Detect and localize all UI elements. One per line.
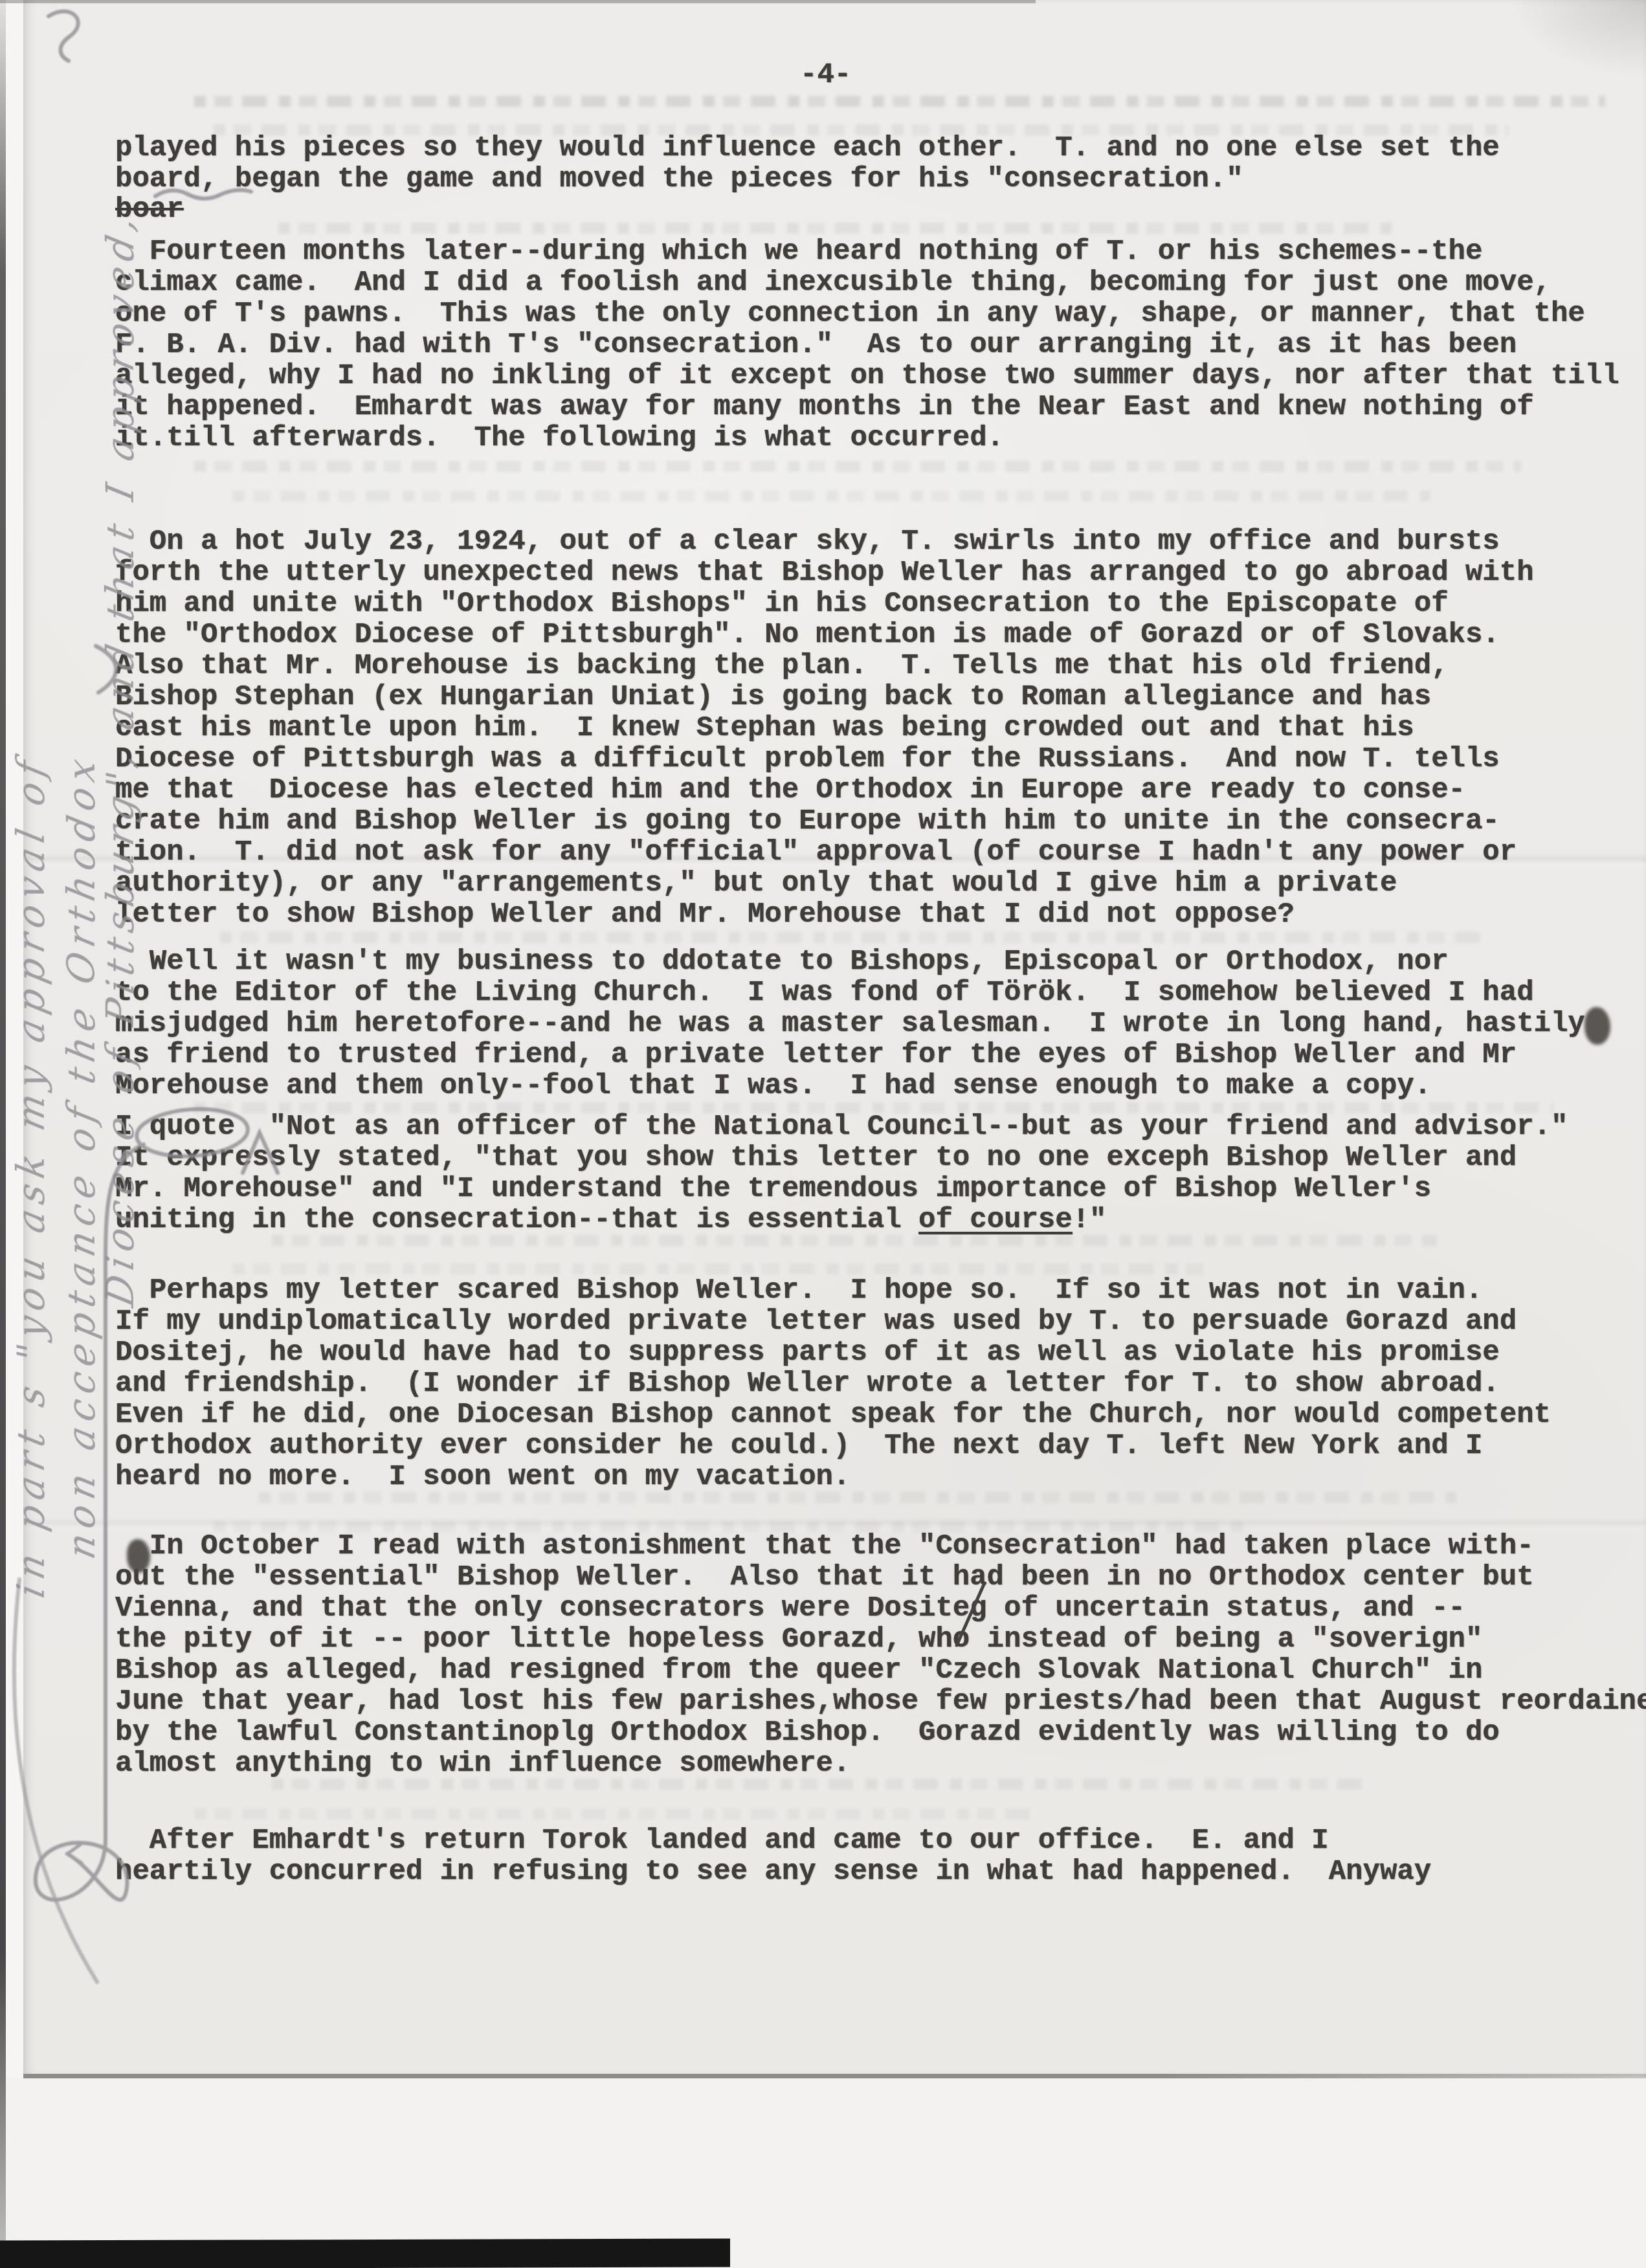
scan-top-edge: [0, 0, 1036, 3]
quote-line4-post: !": [1073, 1204, 1107, 1236]
margin-note-line-2: non acceptance of the Orthodox: [60, 749, 104, 1563]
ghost-print-line: [278, 223, 1392, 234]
ghost-print-line: [194, 96, 1605, 107]
typed-quote-line-4: uniting in the consecration--that is ess…: [115, 1205, 1106, 1236]
typed-quote-line-1: I quote "Not as an officer of the Nation…: [115, 1111, 1568, 1142]
ghost-print-line: [272, 1779, 1372, 1790]
margin-note-line-1: in part s "you ask my approval of: [9, 751, 53, 1602]
scanned-document-page: -4- played his pieces so they would infl…: [0, 0, 1646, 2268]
ink-blot-hastily: [1585, 1007, 1610, 1045]
quote-line4-pre: uniting in the consecration--that is ess…: [115, 1204, 918, 1236]
ghost-print-line: [233, 1263, 1204, 1274]
typed-paragraph-3: On a hot July 23, 1924, out of a clear s…: [115, 526, 1534, 930]
page-number: -4-: [800, 60, 851, 91]
ghost-print-line: [259, 1492, 1456, 1503]
typed-paragraph-2: Fourteen months later--during which we h…: [115, 236, 1619, 454]
sheet-bottom-edge: [23, 2074, 1646, 2078]
scan-edge-shadow: [0, 0, 6, 2268]
ghost-print-line: [194, 461, 1521, 472]
ghost-print-line: [272, 1235, 1437, 1246]
typed-paragraph-7: After Emhardt's return Torok landed and …: [115, 1825, 1431, 1887]
typed-paragraph-4: Well it wasn't my business to ddotate to…: [115, 946, 1585, 1102]
typed-paragraph-5: Perhaps my letter scared Bishop Weller. …: [115, 1275, 1551, 1493]
scan-black-bar: [0, 2239, 730, 2268]
margin-note-line-3: Diocese of Pittsburg", and that I approv…: [98, 206, 142, 1310]
typed-quote-lines-2-3: It expressly stated, "that you show this…: [115, 1142, 1517, 1205]
ghost-print-line: [220, 932, 1482, 943]
typed-paragraph-6: In October I read with astonishment that…: [115, 1531, 1646, 1779]
ghost-print-line: [233, 491, 1430, 502]
typed-paragraph-1: played his pieces so they would influenc…: [115, 133, 1500, 195]
ghost-print-line: [194, 1808, 1036, 1819]
ink-blot-strikeover: [127, 1539, 150, 1573]
underlined-of-course: of course: [918, 1204, 1073, 1236]
